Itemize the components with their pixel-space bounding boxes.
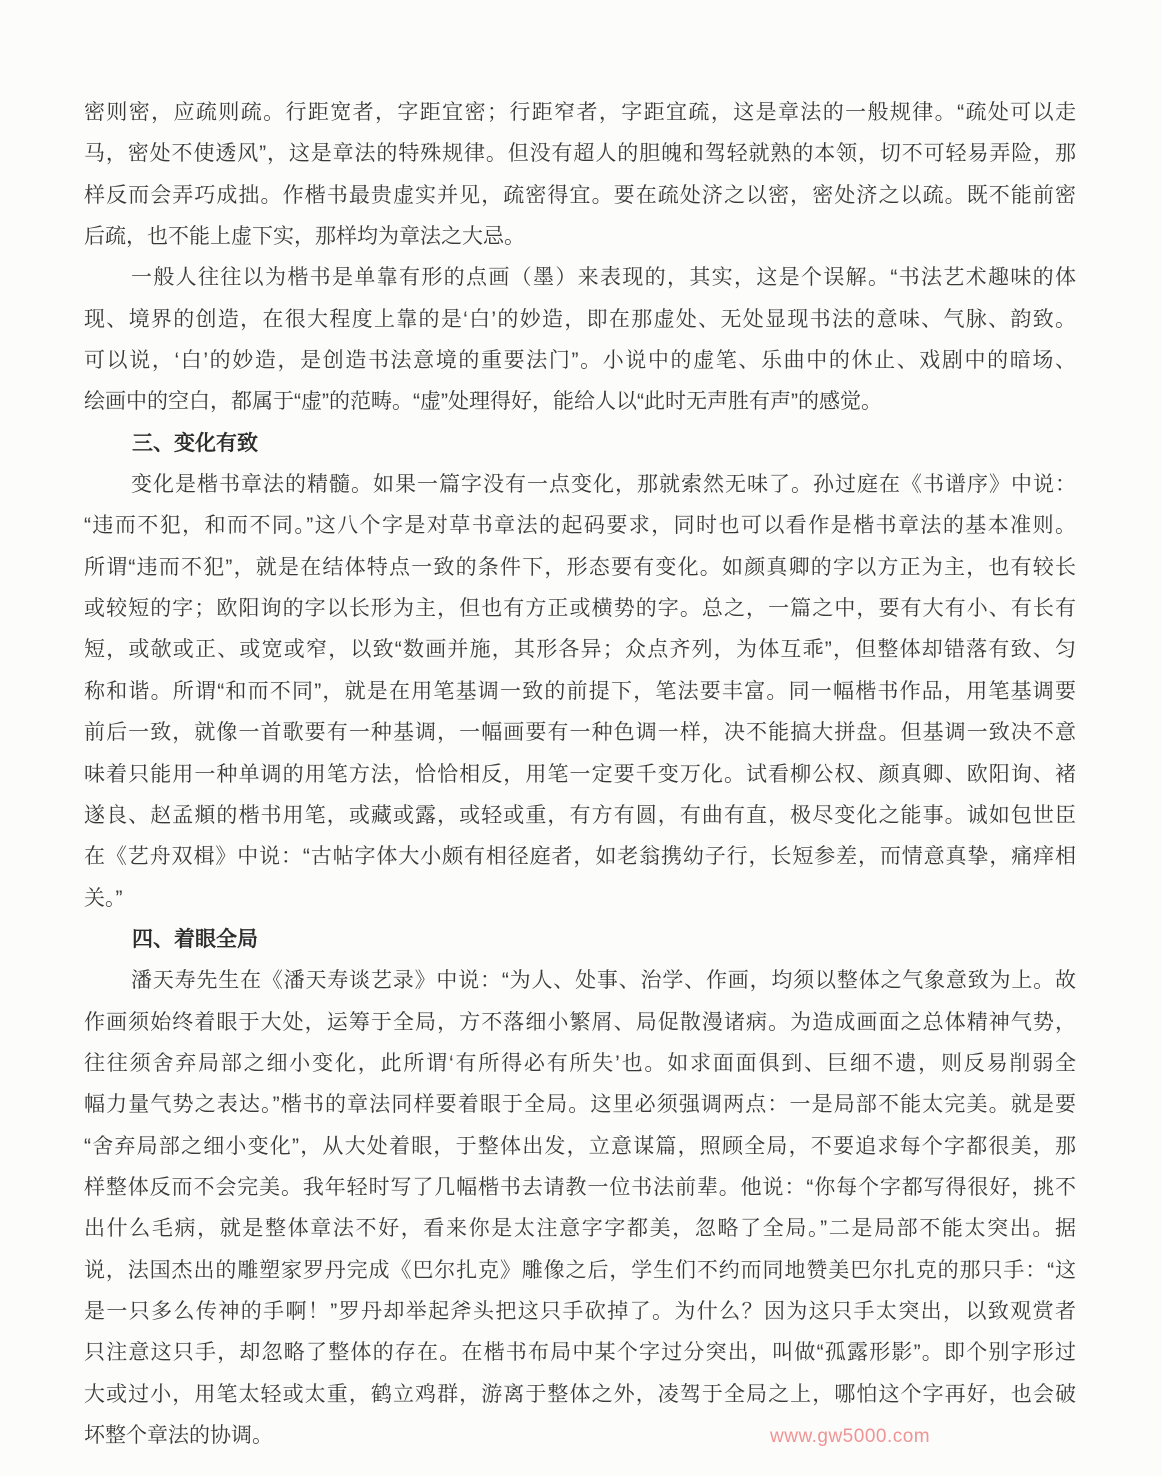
text-line: 幅力量气势之表达。”楷书的章法同样要着眼于全局。这里必须强调两点：一是局部不能太… [84, 1084, 1076, 1125]
text-line: 往往须舍弃局部之细小变化，此所谓‘有所得必有所失’也。如求面面俱到、巨细不遗，则… [84, 1043, 1076, 1084]
section-heading-3: 三、变化有致 [84, 423, 1076, 464]
text-line-paragraph-end: 绘画中的空白，都属于“虚”的范畴。“虚”处理得好，能给人以“此时无声胜有声”的感… [84, 381, 1076, 422]
text-line: 味着只能用一种单调的用笔方法，恰恰相反，用笔一定要千变万化。试看柳公权、颜真卿、… [84, 754, 1076, 795]
scanned-book-page: 密则密，应疏则疏。行距宽者，字距宜密；行距窄者，字距宜疏，这是章法的一般规律。“… [0, 0, 1162, 1476]
text-line: 现、境界的创造，在很大程度上靠的是‘白’的妙造，即在那虚处、无处显现书法的意味、… [84, 299, 1076, 340]
text-line: 或较短的字；欧阳询的字以长形为主，但也有方正或横势的字。总之，一篇之中，要有大有… [84, 588, 1076, 629]
text-line: 出什么毛病，就是整体章法不好，看来你是太注意字字都美，忽略了全局。”二是局部不能… [84, 1208, 1076, 1249]
text-line: 说，法国杰出的雕塑家罗丹完成《巴尔扎克》雕像之后，学生们不约而同地赞美巴尔扎克的… [84, 1250, 1076, 1291]
text-line: 在《艺舟双楫》中说：“古帖字体大小颇有相径庭者，如老翁携幼子行，长短参差，而情意… [84, 836, 1076, 877]
text-line-paragraph-start: 潘天寿先生在《潘天寿谈艺录》中说：“为人、处事、治学、作画，均须以整体之气象意致… [84, 960, 1076, 1001]
text-column: 密则密，应疏则疏。行距宽者，字距宜密；行距窄者，字距宜疏，这是章法的一般规律。“… [84, 92, 1076, 1456]
text-line: 前后一致，就像一首歌要有一种基调，一幅画要有一种色调一样，决不能搞大拼盘。但基调… [84, 712, 1076, 753]
text-line: 只注意这只手，却忽略了整体的存在。在楷书布局中某个字过分突出，叫做“孤露形影”。… [84, 1332, 1076, 1373]
text-line: “违而不犯，和而不同。”这八个字是对草书章法的起码要求，同时也可以看作是楷书章法… [84, 505, 1076, 546]
text-line: 所谓“违而不犯”，就是在结体特点一致的条件下，形态要有变化。如颜真卿的字以方正为… [84, 547, 1076, 588]
text-line-paragraph-start: 一般人往往以为楷书是单靠有形的点画（墨）来表现的，其实，这是个误解。“书法艺术趣… [84, 257, 1076, 298]
text-line-paragraph-end: 后疏，也不能上虚下实，那样均为章法之大忌。 [84, 216, 1076, 257]
watermark: www.gw5000.com [770, 1426, 930, 1448]
text-line: 遂良、赵孟頫的楷书用笔，或藏或露，或轻或重，有方有圆，有曲有直，极尽变化之能事。… [84, 795, 1076, 836]
text-line: 可以说，‘白’的妙造，是创造书法意境的重要法门”。小说中的虚笔、乐曲中的休止、戏… [84, 340, 1076, 381]
text-line: 大或过小，用笔太轻或太重，鹤立鸡群，游离于整体之外，凌驾于全局之上，哪怕这个字再… [84, 1374, 1076, 1415]
text-line: 密则密，应疏则疏。行距宽者，字距宜密；行距窄者，字距宜疏，这是章法的一般规律。“… [84, 92, 1076, 133]
text-line: 样整体反而不会完美。我年轻时写了几幅楷书去请教一位书法前辈。他说：“你每个字都写… [84, 1167, 1076, 1208]
text-line-paragraph-end: 关。” [84, 878, 1076, 919]
text-line: 称和谐。所谓“和而不同”，就是在用笔基调一致的前提下，笔法要丰富。同一幅楷书作品… [84, 671, 1076, 712]
text-line-paragraph-start: 变化是楷书章法的精髓。如果一篇字没有一点变化，那就索然无味了。孙过庭在《书谱序》… [84, 464, 1076, 505]
text-line: 短，或欹或正、或宽或窄，以致“数画并施，其形各异；众点齐列，为体互乖”，但整体却… [84, 629, 1076, 670]
text-line: 作画须始终着眼于大处，运筹于全局，方不落细小繁屑、局促散漫诸病。为造成画面之总体… [84, 1002, 1076, 1043]
text-line: 样反而会弄巧成拙。作楷书最贵虚实并见，疏密得宜。要在疏处济之以密，密处济之以疏。… [84, 175, 1076, 216]
text-line: “舍弃局部之细小变化”，从大处着眼，于整体出发，立意谋篇，照顾全局，不要追求每个… [84, 1126, 1076, 1167]
text-line: 是一只多么传神的手啊！”罗丹却举起斧头把这只手砍掉了。为什么？因为这只手太突出，… [84, 1291, 1076, 1332]
section-heading-4: 四、着眼全局 [84, 919, 1076, 960]
text-line: 马，密处不使透风”，这是章法的特殊规律。但没有超人的胆魄和驾轻就熟的本领，切不可… [84, 133, 1076, 174]
